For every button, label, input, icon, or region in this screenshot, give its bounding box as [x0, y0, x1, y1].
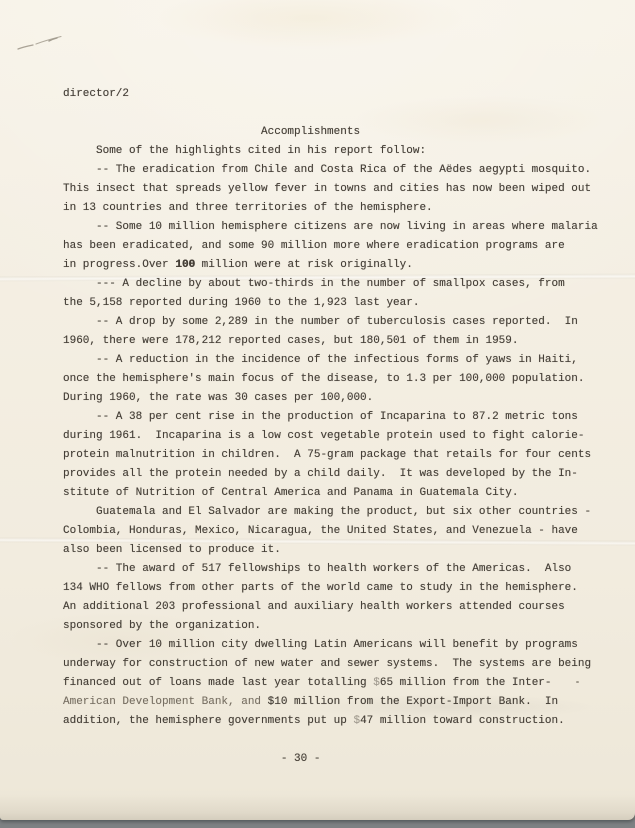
- text-line: An additional 203 professional and auxil…: [63, 598, 598, 617]
- text-line: Guatemala and El Salvador are making the…: [63, 503, 598, 522]
- text-line: sponsored by the organization.: [63, 617, 598, 636]
- text-line: in progress.Over 100 million were at ris…: [63, 256, 598, 275]
- text-line: -- Over 10 million city dwelling Latin A…: [63, 636, 598, 655]
- text-line: during 1961. Incaparina is a low cost ve…: [63, 427, 598, 446]
- text-line: -- The award of 517 fellowships to healt…: [63, 560, 598, 579]
- document-title: Accomplishments: [63, 123, 598, 142]
- text-line: stitute of Nutrition of Central America …: [63, 484, 598, 503]
- text-line: has been eradicated, and some 90 million…: [63, 237, 598, 256]
- text-line: -- Some 10 million hemisphere citizens a…: [63, 218, 598, 237]
- text-line: provides all the protein needed by a chi…: [63, 465, 598, 484]
- text-line: the 5,158 reported during 1960 to the 1,…: [63, 294, 598, 313]
- scanned-document-page: director/2 Accomplishments Some of the h…: [0, 0, 635, 820]
- text-line: This insect that spreads yellow fever in…: [63, 180, 598, 199]
- text-line: -- A 38 per cent rise in the production …: [63, 408, 598, 427]
- text-line: During 1960, the rate was 30 cases per 1…: [63, 389, 598, 408]
- text-line: 1960, there were 178,212 reported cases,…: [63, 332, 598, 351]
- text-line: -- The eradication from Chile and Costa …: [63, 161, 598, 180]
- text-line: addition, the hemisphere governments put…: [63, 712, 598, 731]
- page-header-slug: director/2: [63, 85, 598, 104]
- text-line: also been licensed to produce it.: [63, 541, 598, 560]
- text-line: once the hemisphere's main focus of the …: [63, 370, 598, 389]
- text-line: --- A decline by about two-thirds in the…: [63, 275, 598, 294]
- blank-line: [63, 731, 598, 750]
- text-line: Colombia, Honduras, Mexico, Nicaragua, t…: [63, 522, 598, 541]
- text-line: 134 WHO fellows from other parts of the …: [63, 579, 598, 598]
- text-line: protein malnutrition in children. A 75-g…: [63, 446, 598, 465]
- blank-line: [63, 104, 598, 123]
- typewritten-text: director/2 Accomplishments Some of the h…: [63, 85, 598, 769]
- text-line: Some of the highlights cited in his repo…: [63, 142, 598, 161]
- text-line: financed out of loans made last year tot…: [63, 674, 598, 693]
- text-line: in 13 countries and three territories of…: [63, 199, 598, 218]
- text-line: -- A drop by some 2,289 in the number of…: [63, 313, 598, 332]
- page-number: - 30 -: [63, 750, 598, 769]
- text-line: -- A reduction in the incidence of the i…: [63, 351, 598, 370]
- text-line: American Development Bank, and $10 milli…: [63, 693, 598, 712]
- pencil-mark-icon: [16, 32, 64, 54]
- paper-edge-shadow: [0, 795, 635, 820]
- text-line: underway for construction of new water a…: [63, 655, 598, 674]
